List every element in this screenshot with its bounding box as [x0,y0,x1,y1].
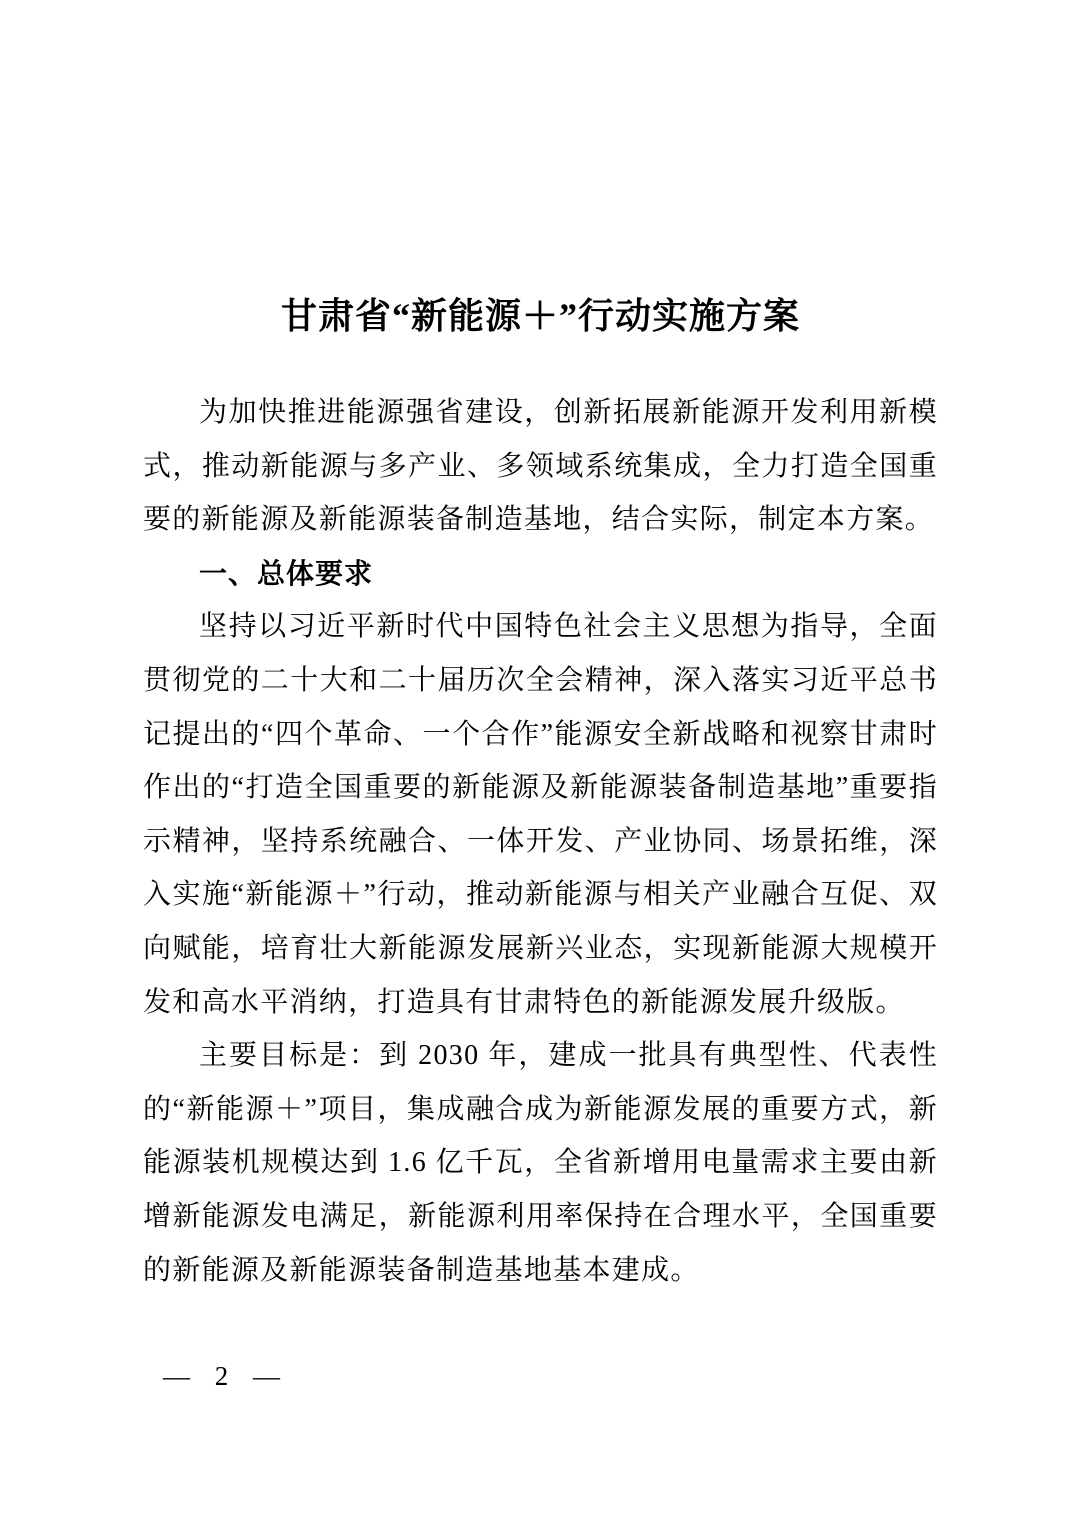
document-title: 甘肃省“新能源＋”行动实施方案 [143,292,938,340]
paragraph-guiding-ideology: 坚持以习近平新时代中国特色社会主义思想为指导，全面贯彻党的二十大和二十届历次全会… [143,600,938,1029]
page-number: — 2 — [163,1361,289,1392]
document-page: 甘肃省“新能源＋”行动实施方案 为加快推进能源强省建设，创新拓展新能源开发利用新… [0,0,1080,1527]
paragraph-intro: 为加快推进能源强省建设，创新拓展新能源开发利用新模式，推动新能源与多产业、多领域… [143,386,938,547]
section-heading-overall-requirements: 一、总体要求 [143,547,938,601]
paragraph-main-goals: 主要目标是：到 2030 年，建成一批具有典型性、代表性的“新能源＋”项目，集成… [143,1029,938,1297]
